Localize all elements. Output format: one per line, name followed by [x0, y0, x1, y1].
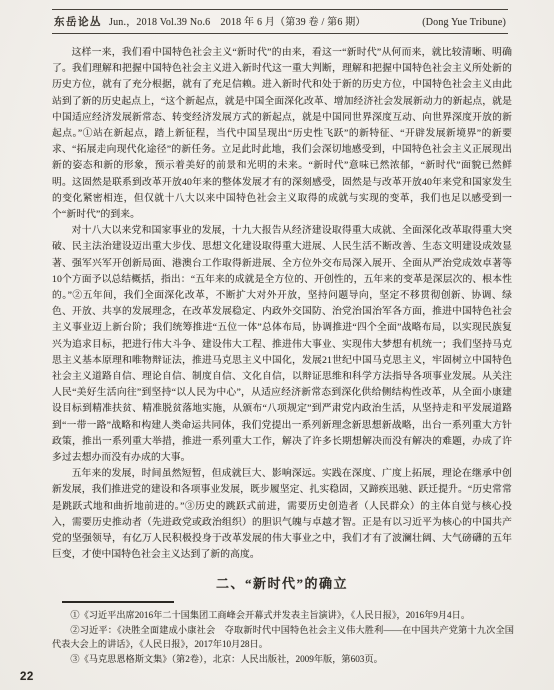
footnote-item: ①《习近平出席2016年二十国集团工商峰会开幕式并发表主旨演讲》，《人民日报》，…: [52, 608, 514, 623]
header-left: 东岳论丛 Jun.，2018 Vol.39 No.6 2018 年 6 月（第3…: [54, 13, 366, 29]
body-paragraph: 对十八大以来党和国家事业的发展，十九大报告从经济建设取得重大成就、全面深化改革取…: [52, 223, 512, 466]
section-heading: 二、“新时代”的确立: [52, 576, 512, 592]
article-body: 这样一来，我们看中国特色社会主义“新时代”的由来，看这一“新时代”从何而来，就比…: [52, 45, 512, 599]
journal-name: 东岳论丛: [54, 14, 102, 29]
running-header: 东岳论丛 Jun.，2018 Vol.39 No.6 2018 年 6 月（第3…: [52, 9, 508, 34]
journal-title-english: (Dong Yue Tribune): [422, 17, 506, 28]
footnote-separator-rule: [62, 601, 174, 603]
journal-page: 东岳论丛 Jun.，2018 Vol.39 No.6 2018 年 6 月（第3…: [0, 0, 554, 690]
page-number: 22: [20, 671, 34, 683]
body-paragraph: 这样一来，我们看中国特色社会主义“新时代”的由来，看这一“新时代”从何而来，就比…: [52, 45, 512, 223]
issue-info: Jun.，2018 Vol.39 No.6 2018 年 6 月（第39 卷 /…: [109, 13, 366, 28]
footnote-block: ①《习近平出席2016年二十国集团工商峰会开幕式并发表主旨演讲》，《人民日报》，…: [52, 601, 514, 666]
body-paragraph: 五年来的发展，时间虽然短暂，但成就巨大、影响深远。实践在深度、广度上拓展，理论在…: [52, 466, 512, 563]
footnote-item: ③《马克思恩格斯文集》（第2卷），北京：人民出版社，2009年版，第603页。: [52, 652, 514, 667]
footnote-item: ②习近平：《决胜全面建成小康社会 夺取新时代中国特色社会主义伟大胜利——在中国共…: [52, 623, 514, 652]
